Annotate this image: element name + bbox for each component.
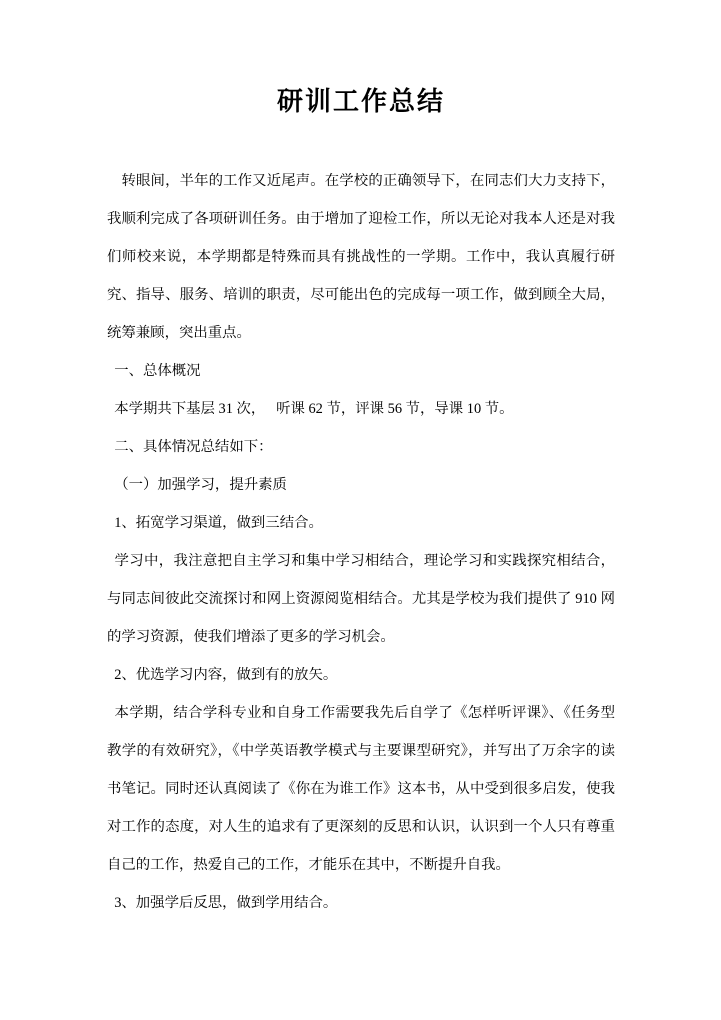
- document-body: 转眼间，半年的工作又近尾声。在学校的正确领导下，在同志们大力支持下，我顺利完成了…: [107, 162, 615, 922]
- paragraph: 一、总体概况: [107, 352, 615, 390]
- paragraph: 二、具体情况总结如下：: [107, 428, 615, 466]
- paragraph: 转眼间，半年的工作又近尾声。在学校的正确领导下，在同志们大力支持下，我顺利完成了…: [107, 162, 615, 352]
- paragraph: 3、加强学后反思，做到学用结合。: [107, 884, 615, 922]
- document-page: 研训工作总结 转眼间，半年的工作又近尾声。在学校的正确领导下，在同志们大力支持下…: [0, 0, 721, 1020]
- document-title: 研训工作总结: [107, 85, 615, 119]
- paragraph: 本学期，结合学科专业和自身工作需要我先后自学了《怎样听评课》、《任务型教学的有效…: [107, 694, 615, 884]
- paragraph: （一）加强学习，提升素质: [107, 466, 615, 504]
- paragraph: 1、拓宽学习渠道，做到三结合。: [107, 504, 615, 542]
- paragraph: 2、优选学习内容，做到有的放矢。: [107, 656, 615, 694]
- paragraph: 本学期共下基层 31 次， 听课 62 节，评课 56 节，导课 10 节。: [107, 390, 615, 428]
- paragraph: 学习中，我注意把自主学习和集中学习相结合，理论学习和实践探究相结合，与同志间彼此…: [107, 542, 615, 656]
